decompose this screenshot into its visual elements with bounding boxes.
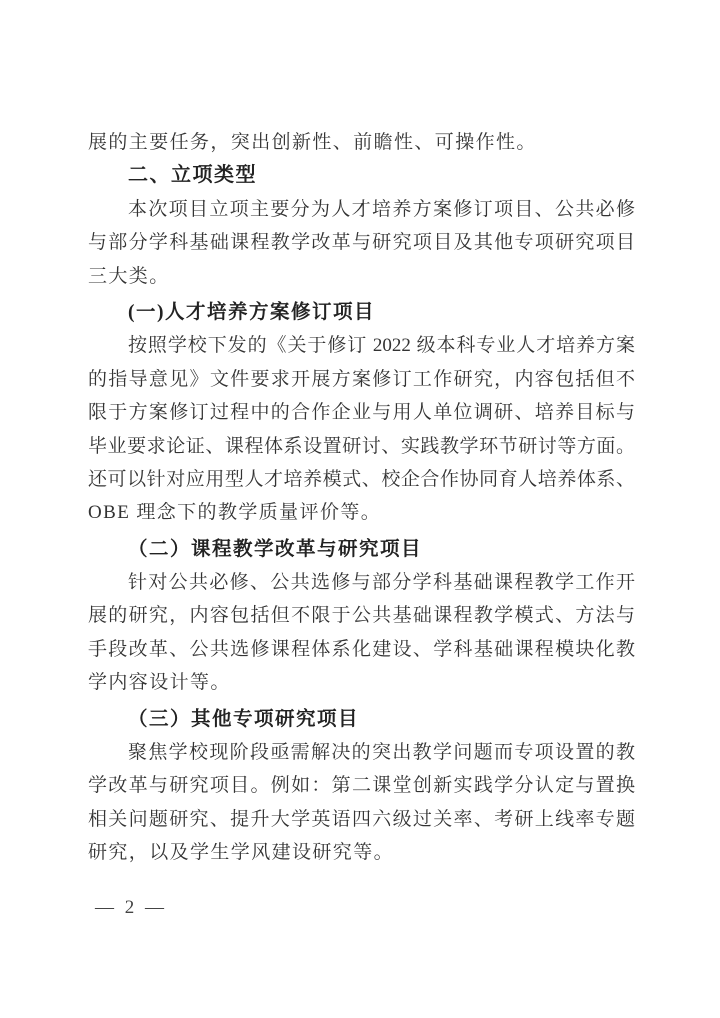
- body-text-line: 学改革与研究项目。例如：第二课堂创新实践学分认定与置换: [88, 769, 635, 802]
- body-text-line: 的指导意见》文件要求开展方案修订工作研究，内容包括但不: [88, 363, 635, 396]
- body-text-line: 展的研究，内容包括但不限于公共基础课程教学模式、方法与: [88, 599, 635, 632]
- body-text-line: 聚焦学校现阶段亟需解决的突出教学问题而专项设置的教: [88, 736, 635, 769]
- body-text-line: 限于方案修订过程中的合作企业与用人单位调研、培养目标与: [88, 396, 635, 429]
- page-number: — 2 —: [95, 896, 167, 920]
- body-text-line: 学内容设计等。: [88, 666, 635, 699]
- paragraph-continuation-line: 展的主要任务，突出创新性、前瞻性、可操作性。: [88, 126, 635, 159]
- body-text-line: 针对公共必修、公共选修与部分学科基础课程教学工作开: [88, 566, 635, 599]
- body-text-line: 研究，以及学生学风建设研究等。: [88, 836, 635, 869]
- section-heading: 二、立项类型: [88, 159, 635, 192]
- body-text-line: 毕业要求论证、课程体系设置研讨、实践教学环节研讨等方面。: [88, 430, 635, 463]
- body-text-line: 三大类。: [88, 260, 635, 293]
- subsection-heading-3: （三）其他专项研究项目: [88, 703, 635, 736]
- subsection-heading-2: （二）课程教学改革与研究项目: [88, 533, 635, 566]
- body-text-line: 手段改革、公共选修课程体系化建设、学科基础课程模块化教: [88, 633, 635, 666]
- body-text-line: 还可以针对应用型人才培养模式、校企合作协同育人培养体系、: [88, 463, 635, 496]
- document-body: 展的主要任务，突出创新性、前瞻性、可操作性。 二、立项类型 本次项目立项主要分为…: [88, 126, 635, 870]
- body-text-line: OBE 理念下的教学质量评价等。: [88, 496, 635, 529]
- body-text-line: 按照学校下发的《关于修订 2022 级本科专业人才培养方案: [88, 329, 635, 362]
- subsection-heading-1: (一)人才培养方案修订项目: [88, 296, 635, 329]
- body-text-line: 与部分学科基础课程教学改革与研究项目及其他专项研究项目: [88, 226, 635, 259]
- body-text-line: 相关问题研究、提升大学英语四六级过关率、考研上线率专题: [88, 803, 635, 836]
- body-text-line: 本次项目立项主要分为人才培养方案修订项目、公共必修: [88, 193, 635, 226]
- document-page: 展的主要任务，突出创新性、前瞻性、可操作性。 二、立项类型 本次项目立项主要分为…: [0, 0, 720, 1018]
